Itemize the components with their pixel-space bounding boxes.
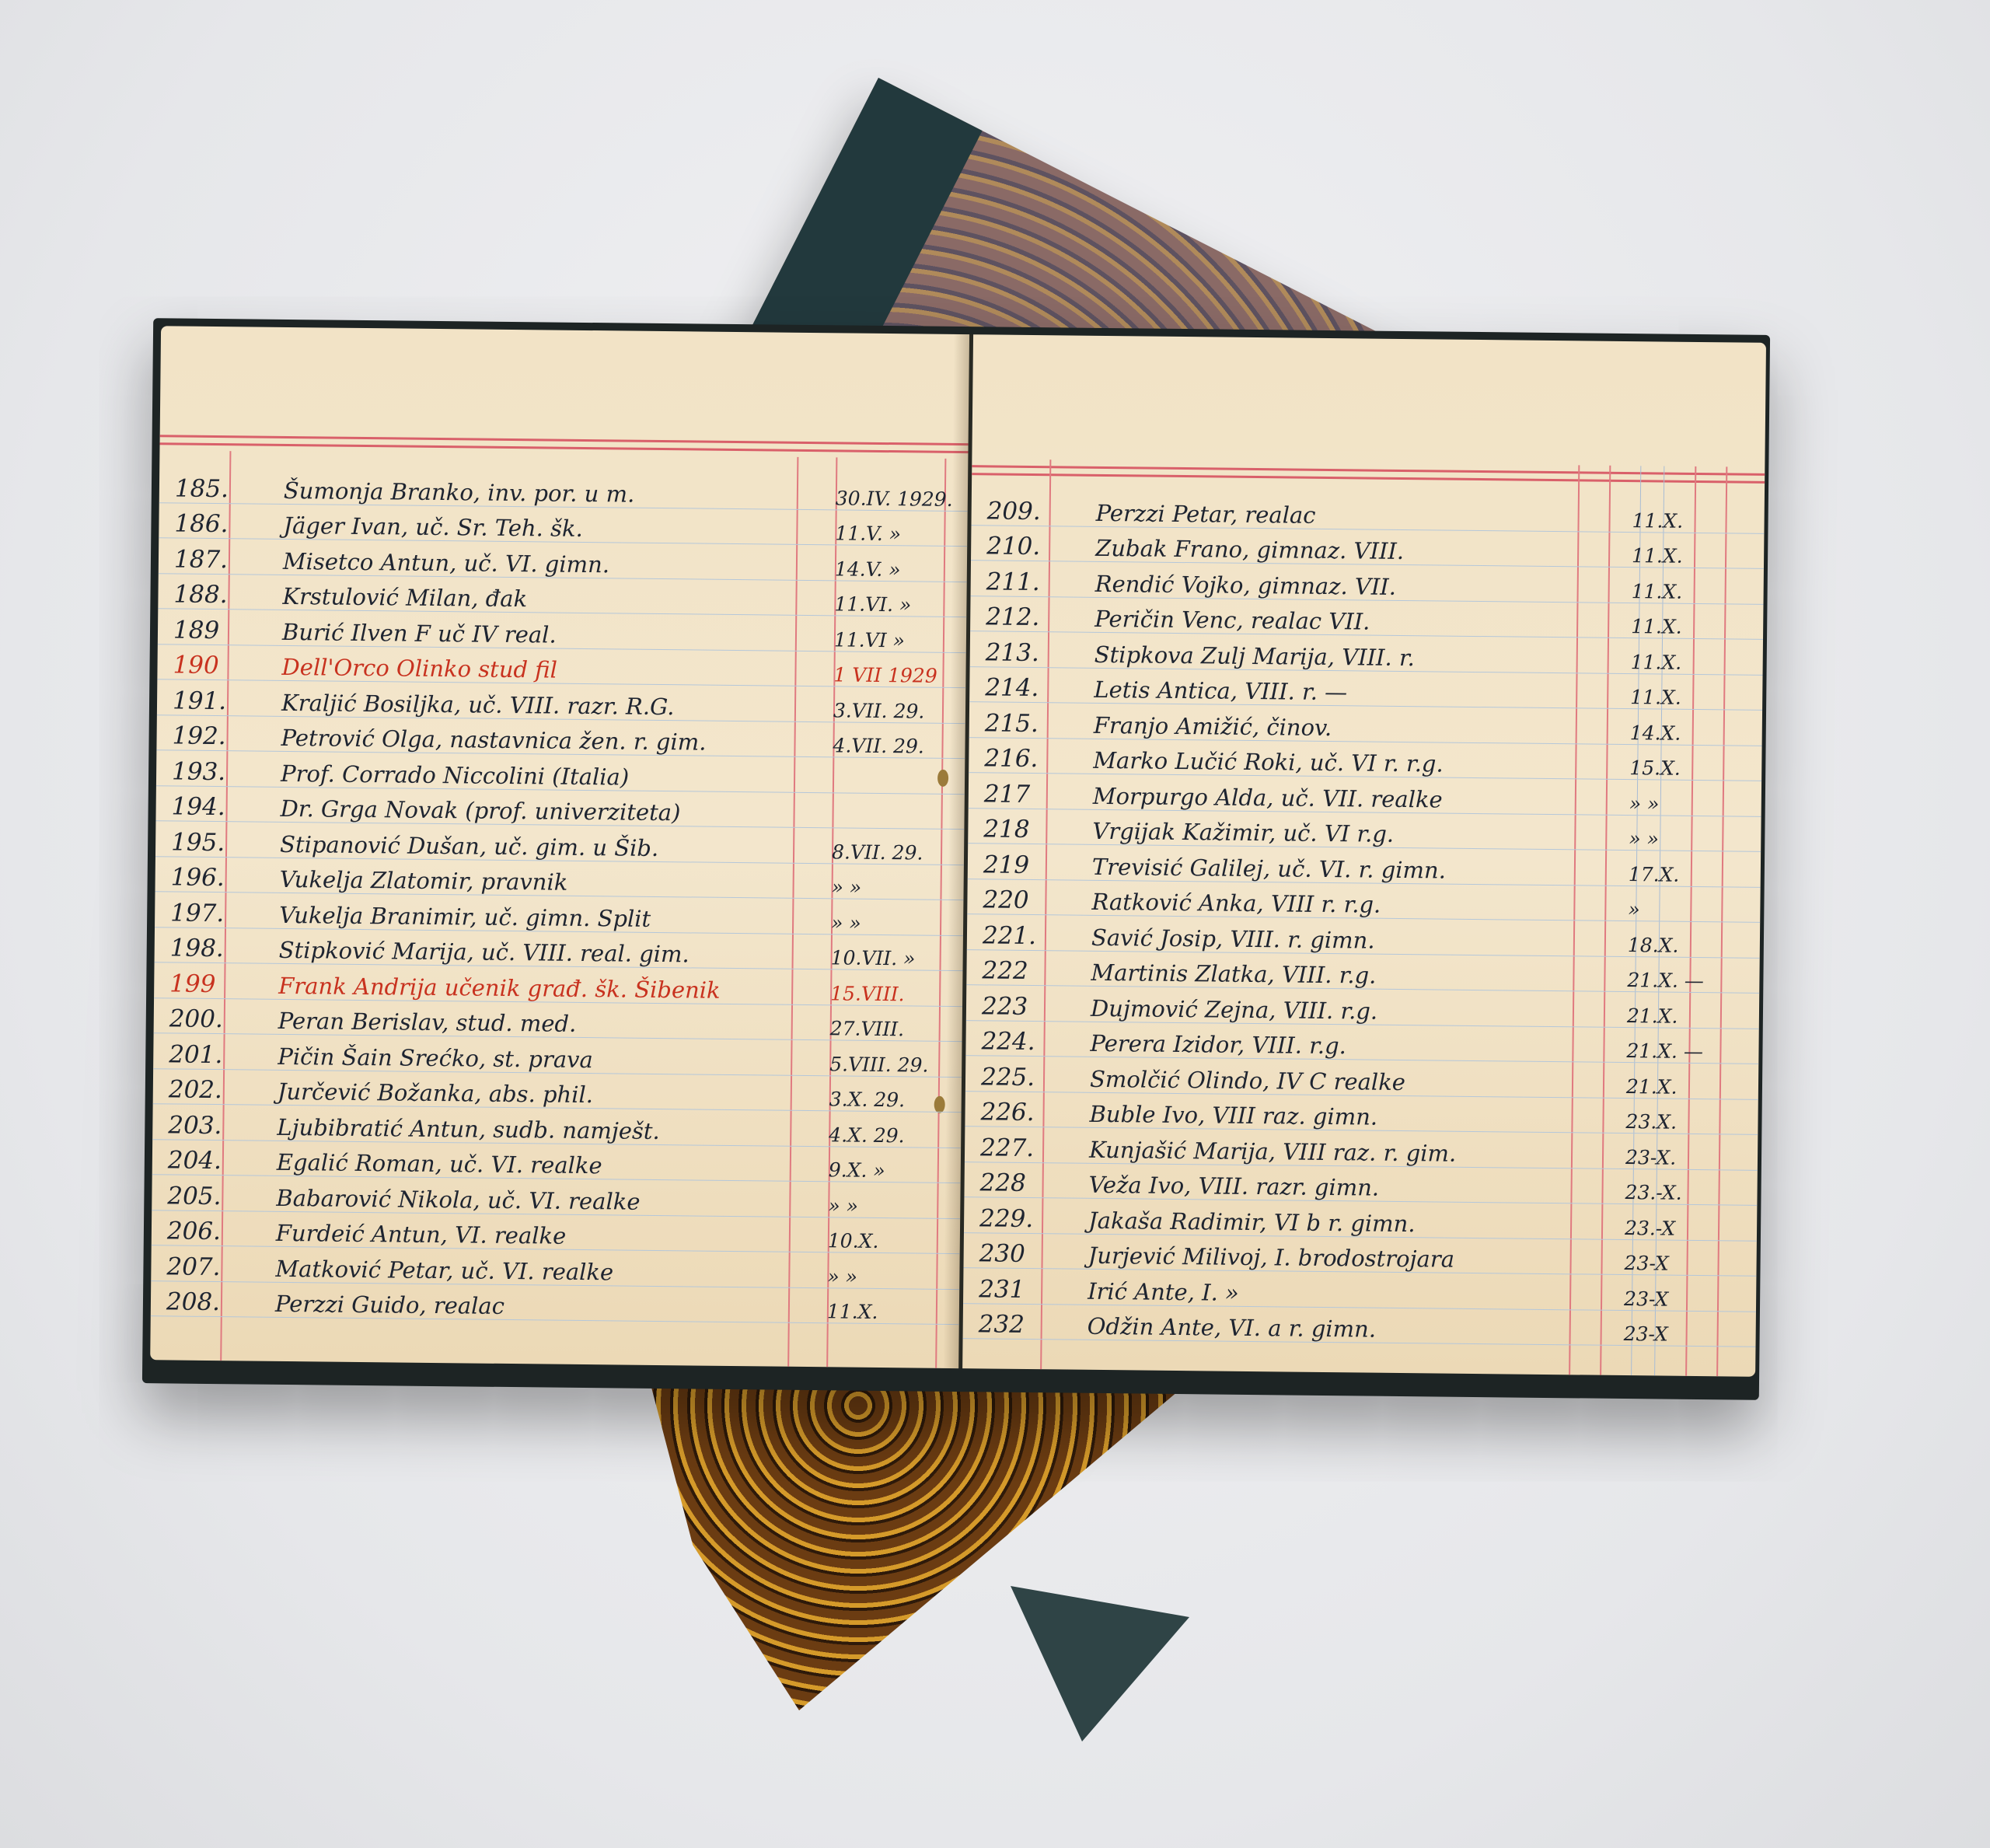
entry-number: 188. xyxy=(158,580,267,609)
entry-number: 225. xyxy=(965,1063,1074,1092)
entry-number: 221. xyxy=(967,921,1076,950)
entry-number: 219 xyxy=(968,851,1077,879)
entry-date: 1 VII 1929 xyxy=(833,663,965,687)
entry-date: 9.X. » xyxy=(829,1158,961,1183)
entry-number: 193. xyxy=(156,757,265,786)
entry-number: 192. xyxy=(156,721,265,750)
entry-name: Perzzi Guido, realac xyxy=(260,1291,827,1323)
entry-date: 15.VIII. xyxy=(830,982,962,1006)
entry-date: 17.X. xyxy=(1629,863,1761,887)
entry-number: 206. xyxy=(152,1217,260,1245)
entry-date: 8.VII. 29. xyxy=(832,840,964,865)
entry-date: 18.X. xyxy=(1628,934,1760,958)
entry-number: 198. xyxy=(155,934,264,962)
entry-date: 14.V. » xyxy=(835,557,967,582)
entry-date: 23-X xyxy=(1624,1252,1756,1276)
entry-number: 222 xyxy=(966,956,1075,985)
entry-date: 23.-X xyxy=(1625,1217,1757,1241)
entry-number: 208. xyxy=(151,1287,260,1316)
entry-number: 189 xyxy=(158,616,267,645)
entry-number: 191. xyxy=(157,686,266,715)
entry-date: 11.X. xyxy=(1631,651,1763,675)
entry-date: 3.X. 29. xyxy=(829,1088,962,1112)
entry-date: 4.VII. 29. xyxy=(833,734,965,758)
ledger-entry: 208. Perzzi Guido, realac 11.X. xyxy=(151,1281,959,1325)
entry-date: 11.VI » xyxy=(834,628,966,652)
entry-number: 218 xyxy=(968,815,1077,844)
entry-number: 203. xyxy=(152,1111,261,1140)
entry-number: 213. xyxy=(970,638,1079,667)
entry-date: 14.X. xyxy=(1630,721,1762,746)
entry-date: » » xyxy=(1629,792,1761,816)
entry-number: 207. xyxy=(151,1252,260,1281)
entry-number: 224. xyxy=(965,1027,1074,1056)
entry-number: 201. xyxy=(153,1040,262,1069)
entry-date: » » xyxy=(831,911,963,935)
entry-date: 11.X. xyxy=(827,1300,959,1324)
right-page: 209. Perzzi Petar, realac 11.X. 210. Zub… xyxy=(962,334,1766,1377)
entry-list: 209. Perzzi Petar, realac 11.X. 210. Zub… xyxy=(963,490,1765,1347)
entry-date: 11.X. xyxy=(1632,509,1764,533)
entry-number: 195. xyxy=(155,828,264,857)
entry-date: 21.X. xyxy=(1627,1004,1759,1029)
entry-date: 21.X. — xyxy=(1627,969,1759,993)
entry-date: 23-X. xyxy=(1625,1146,1758,1170)
entry-date: 15.X. xyxy=(1629,756,1761,781)
entry-number: 223 xyxy=(966,992,1075,1021)
entry-date: 11.V. » xyxy=(835,522,967,546)
entry-date: » xyxy=(1628,898,1760,922)
open-guest-register: 185. Šumonja Branko, inv. por. u m. 30.I… xyxy=(142,318,1770,1400)
entry-number: 185. xyxy=(159,474,268,503)
entry-number: 194. xyxy=(155,792,264,821)
entry-number: 229. xyxy=(964,1204,1073,1233)
entry-date: » » xyxy=(828,1194,960,1218)
entry-number: 190 xyxy=(157,651,266,679)
ledger-entry: 232 Odžin Ante, VI. a r. gimn. 23-X xyxy=(963,1304,1756,1347)
entry-number: 197. xyxy=(155,899,264,927)
entry-date: 11.VI. » xyxy=(834,592,966,617)
entry-list: 185. Šumonja Branko, inv. por. u m. 30.I… xyxy=(151,467,968,1325)
entry-number: 205. xyxy=(152,1182,260,1210)
entry-number: 186. xyxy=(159,509,267,538)
entry-number: 214. xyxy=(969,673,1078,702)
book-corner-cloth xyxy=(1011,1586,1189,1741)
entry-date: 27.VIII. xyxy=(830,1017,962,1041)
entry-number: 231 xyxy=(963,1275,1072,1304)
entry-date: 23-X xyxy=(1624,1287,1756,1312)
entry-number: 209. xyxy=(972,497,1081,526)
entry-date: 5.VIII. 29. xyxy=(829,1053,962,1077)
entry-date: 10.VII. » xyxy=(831,946,963,970)
entry-number: 212. xyxy=(970,603,1079,631)
entry-date: 21.X. — xyxy=(1626,1039,1758,1064)
entry-date: 11.X. xyxy=(1630,686,1762,710)
entry-number: 204. xyxy=(152,1146,261,1175)
entry-number: 216. xyxy=(969,744,1077,773)
left-page: 185. Šumonja Branko, inv. por. u m. 30.I… xyxy=(150,326,969,1368)
entry-number: 202. xyxy=(153,1075,262,1104)
entry-date: 11.X. xyxy=(1631,615,1763,639)
entry-date: 23.X. xyxy=(1625,1110,1758,1134)
entry-date: 23-X xyxy=(1624,1322,1756,1347)
entry-date: 3.VII. 29. xyxy=(833,699,965,723)
entry-number: 217 xyxy=(969,780,1077,809)
entry-number: 215. xyxy=(969,709,1078,738)
entry-date: 21.X. xyxy=(1626,1075,1758,1099)
entry-number: 199 xyxy=(154,969,263,998)
entry-number: 228 xyxy=(964,1169,1073,1197)
entry-number: 232 xyxy=(963,1310,1072,1339)
entry-date: 11.X. xyxy=(1632,580,1764,604)
entry-number: 220 xyxy=(967,886,1076,914)
entry-date: 11.X. xyxy=(1632,544,1764,568)
entry-number: 227. xyxy=(965,1134,1074,1162)
entry-number: 187. xyxy=(159,545,267,574)
entry-date: 30.IV. 1929. xyxy=(836,487,968,511)
entry-date: 10.X. xyxy=(828,1229,960,1253)
entry-number: 211. xyxy=(971,568,1080,596)
entry-date: 4.X. 29. xyxy=(829,1123,961,1148)
entry-number: 200. xyxy=(154,1004,263,1033)
entry-date: » » xyxy=(827,1265,959,1289)
entry-date: 23.-X. xyxy=(1625,1181,1757,1205)
entry-number: 226. xyxy=(965,1098,1074,1127)
entry-date: » » xyxy=(831,875,963,900)
entry-number: 230 xyxy=(964,1239,1073,1268)
entry-name: Odžin Ante, VI. a r. gimn. xyxy=(1072,1313,1624,1345)
entry-number: 196. xyxy=(155,863,264,892)
entry-number: 210. xyxy=(971,532,1080,561)
entry-date: » » xyxy=(1629,827,1761,851)
